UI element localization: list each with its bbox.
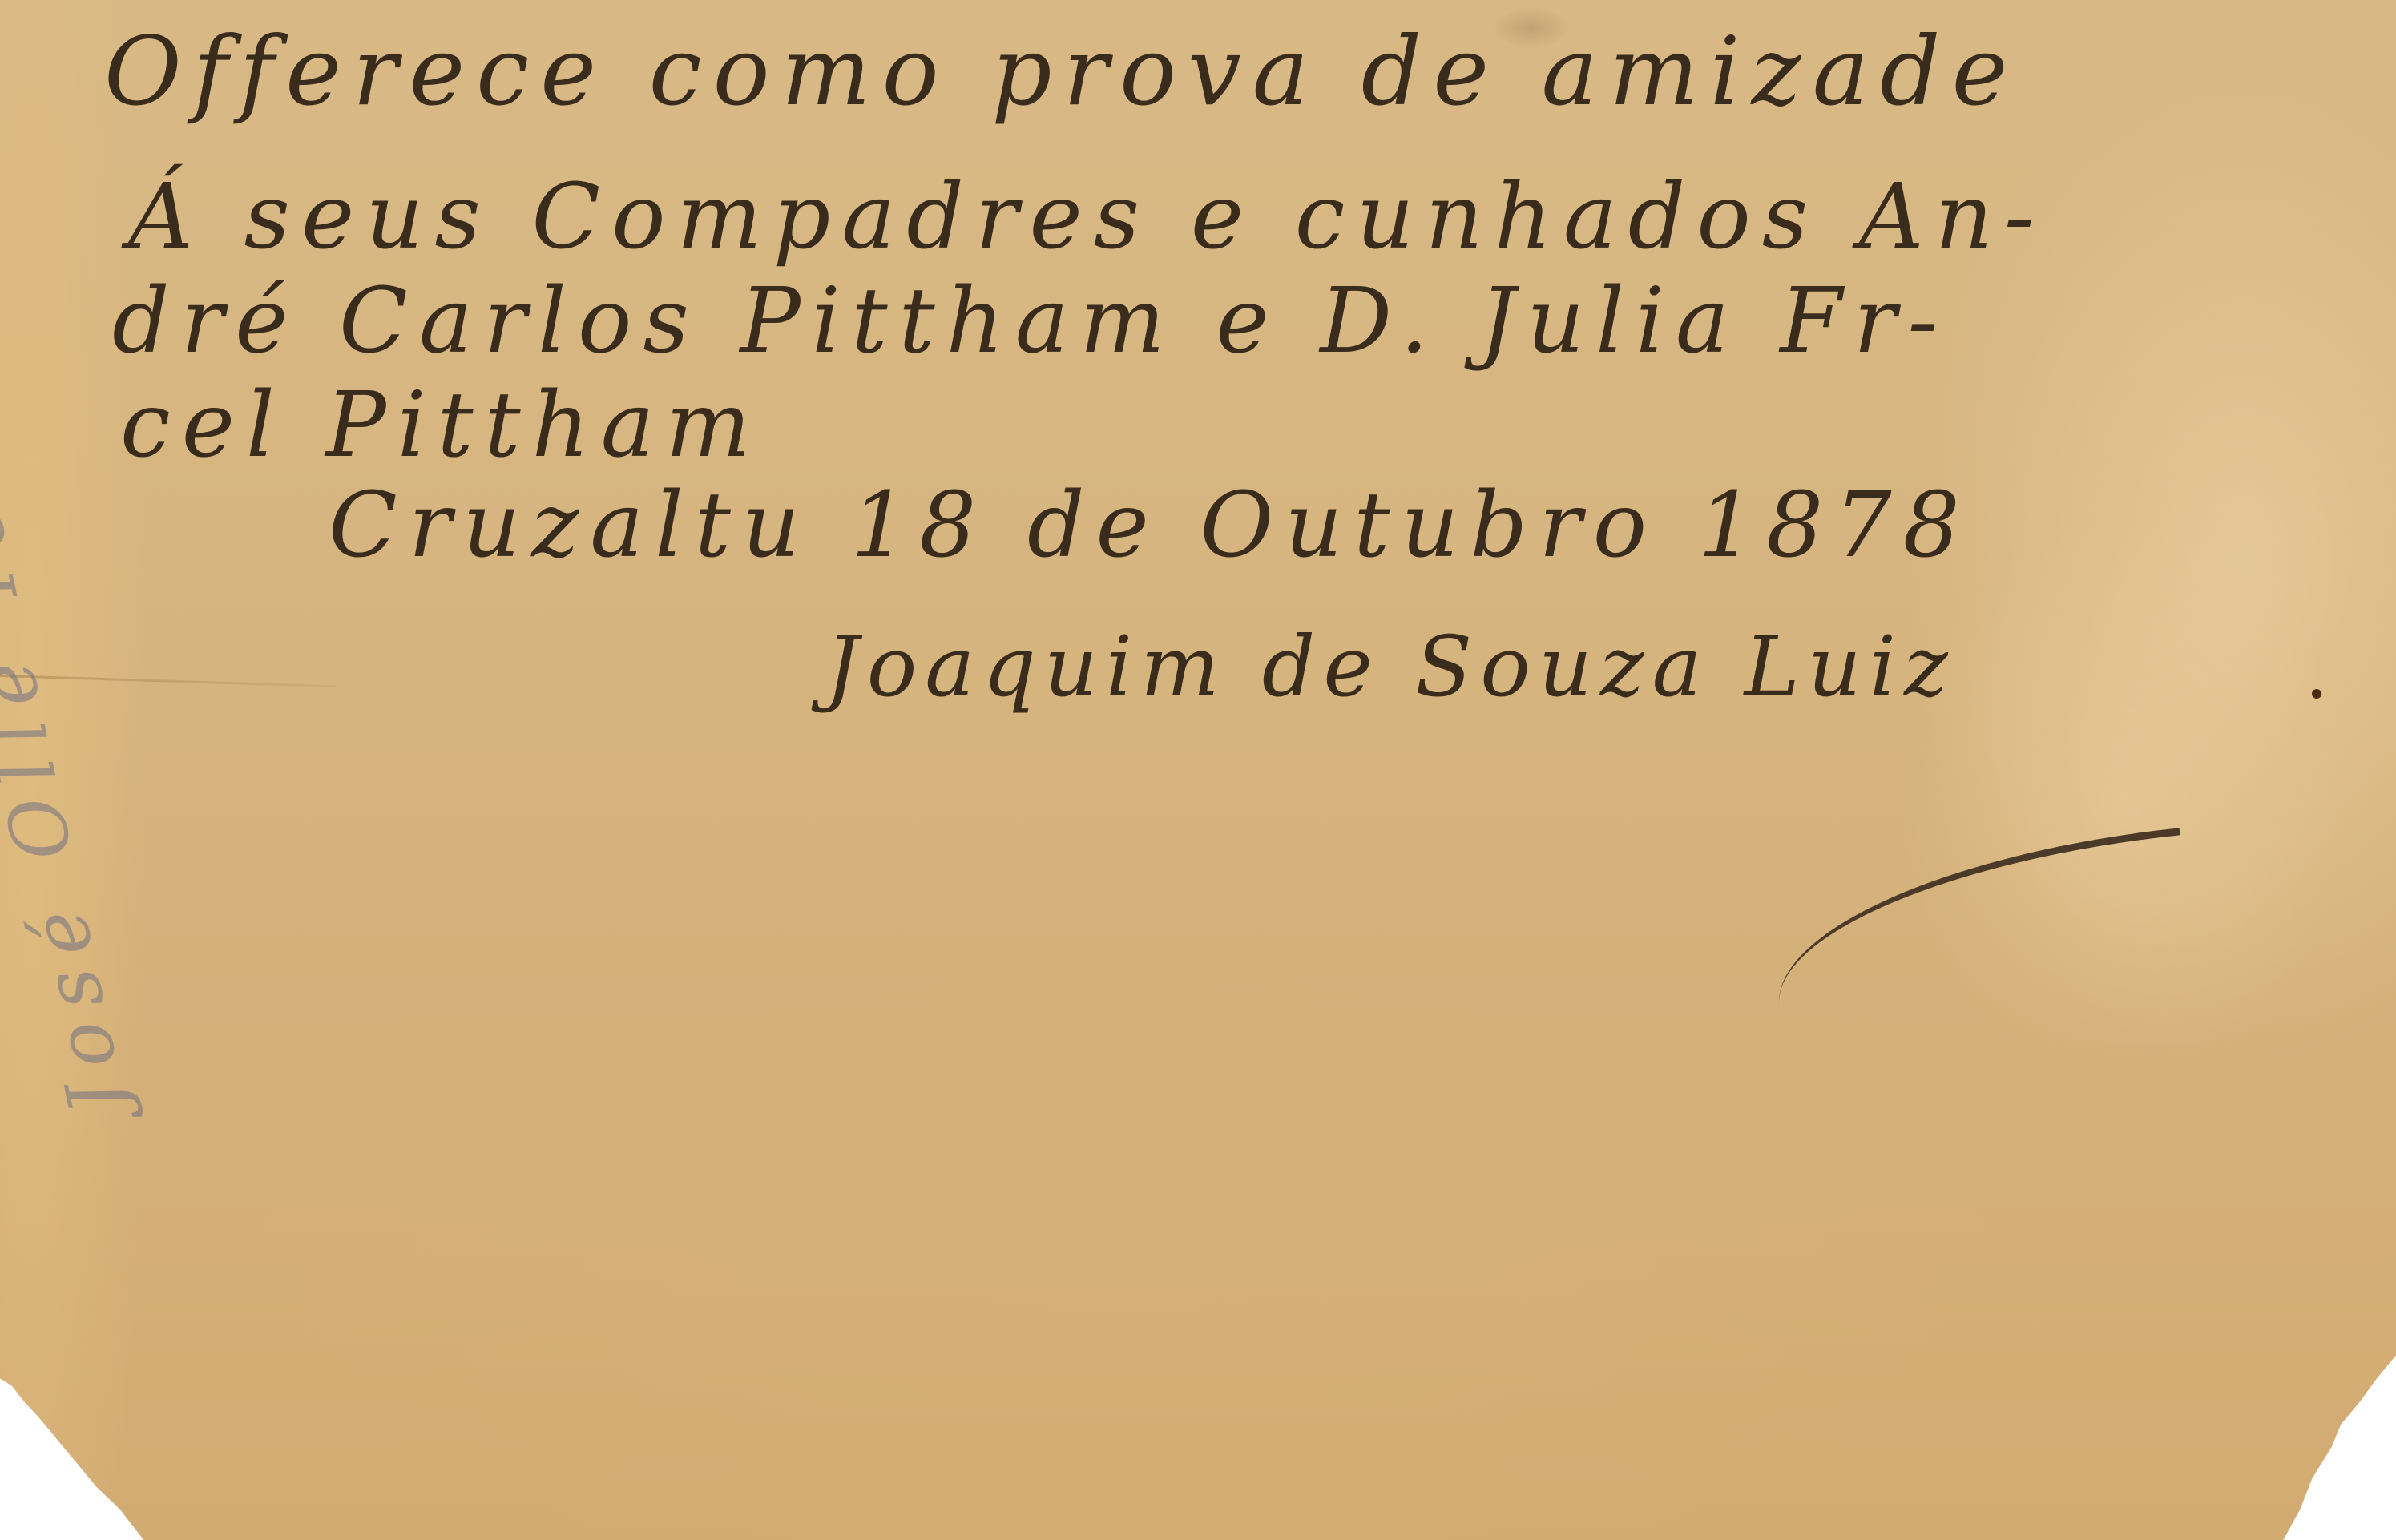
dedication-line-1: Offerece como prova de amizade <box>104 24 2019 119</box>
document-page: José Olle Tormo Offerece como prova de a… <box>0 0 2396 1540</box>
signature: Joaquim de Souza Luiz <box>825 625 1956 708</box>
ink-blot <box>2312 689 2321 699</box>
place-and-date-line: Cruzaltu 18 de Outubro 1878 <box>329 481 1971 570</box>
dedication-line-4: cel Pittham <box>120 381 762 470</box>
dedication-line-2: Á seus Compadres e cunhados An- <box>128 172 2046 262</box>
dedication-line-3: dré Carlos Pittham e D. Julia Fr- <box>112 276 1949 366</box>
